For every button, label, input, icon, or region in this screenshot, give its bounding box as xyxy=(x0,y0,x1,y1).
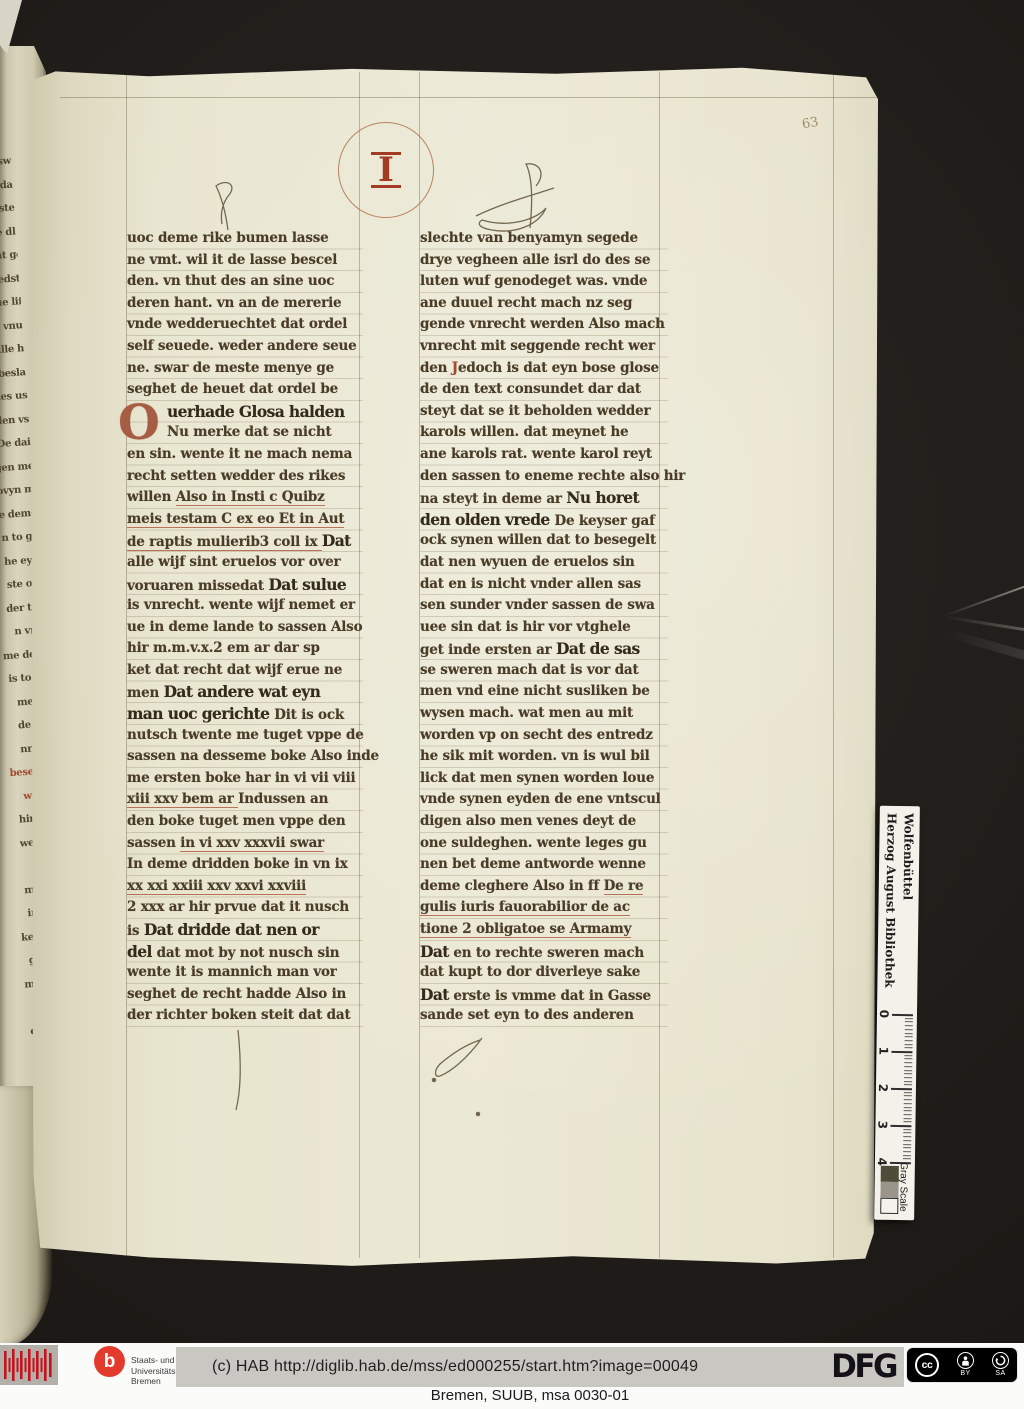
manuscript-line: seghet de recht hadde Also in xyxy=(127,984,363,1006)
manuscript-line: ne. swar de meste menye ge xyxy=(127,358,363,380)
folio-number: 63 xyxy=(801,115,820,133)
ruler-minor-tick xyxy=(905,1025,913,1026)
margin-fragment: er Dedst xyxy=(0,267,20,294)
ruler-minor-tick xyxy=(904,1062,912,1063)
margin-fragment: den vs xyxy=(0,407,30,434)
manuscript-line: gulis iuris fauorabilior de ac xyxy=(420,897,668,919)
ruler-minor-tick xyxy=(904,1118,912,1119)
manuscript-line: uerhade Glosa halden xyxy=(127,401,363,423)
manuscript-line: man uoc gerichte Dit is ock xyxy=(127,703,363,725)
plexiglass-edge-highlight xyxy=(946,629,1024,660)
ruler-major-tick xyxy=(890,1125,911,1127)
ruler-minor-tick xyxy=(904,1058,912,1059)
ruler-number: 2 xyxy=(876,1082,890,1094)
gray-scale-label: Gray Scale xyxy=(897,1162,909,1222)
library-name-line1: Herzog August Bibliothek xyxy=(880,813,900,1018)
manuscript-line: seghet de heuet dat ordel be xyxy=(127,379,363,401)
manuscript-line: worden vp on secht des entredz xyxy=(420,725,668,747)
reference-scale-strip: Herzog August Bibliothek Wolfenbüttel 01… xyxy=(874,806,920,1221)
manuscript-line: he sik mit worden. vn is wul bil xyxy=(420,746,668,768)
ruler-minor-tick xyxy=(903,1147,911,1148)
ruler-minor-tick xyxy=(903,1144,911,1145)
ruler-minor-tick xyxy=(903,1158,911,1159)
ruler-ticks: 01234 xyxy=(880,806,920,807)
manuscript-line: is Dat dridde dat nen or xyxy=(127,919,363,941)
roman-numeral-mark: I xyxy=(371,152,401,188)
ruler-minor-tick xyxy=(903,1136,911,1137)
ruler-minor-tick xyxy=(904,1095,912,1096)
manuscript-line: uoc deme rike bumen lasse xyxy=(127,228,363,250)
footer-bar: b Staats- und Universitätsbibliothek Bre… xyxy=(0,1343,1024,1409)
copyright-url: (c) HAB http://diglib.hab.de/mss/ed00025… xyxy=(212,1347,698,1387)
ruler-minor-tick xyxy=(905,1033,913,1034)
manuscript-line: nutsch twente me tuget vppe de xyxy=(127,725,363,747)
manuscript-line: den Jedoch is dat eyn bose glose xyxy=(420,358,668,380)
right-column: slechte van benyamyn segededrye vegheen … xyxy=(420,228,668,1028)
manuscript-line: karols willen. dat meynet he xyxy=(420,422,668,444)
manuscript-line: de den text consundet dar dat xyxy=(420,379,668,401)
ruler-minor-tick xyxy=(904,1099,912,1100)
manuscript-line: get inde ersten ar Dat de sas xyxy=(420,638,668,660)
margin-fragment: nalle h xyxy=(0,337,25,364)
ruler-number: 3 xyxy=(875,1119,889,1131)
manuscript-line: luten wuf genodeget was. vnde xyxy=(420,271,668,293)
manuscript-line: ock synen willen dat to besegelt xyxy=(420,530,668,552)
manuscript-line: me ersten boke har in vi vii viii xyxy=(127,768,363,790)
manuscript-line: sassen in vi xxv xxxvii swar xyxy=(127,833,363,855)
manuscript-line: steyt dat se it beholden wedder xyxy=(420,401,668,423)
ruler-minor-tick xyxy=(904,1103,912,1104)
manuscript-line: recht setten wedder des rikes xyxy=(127,466,363,488)
page-corner-sliver xyxy=(0,0,22,54)
left-column: uoc deme rike bumen lassene vmt. wil it … xyxy=(127,228,363,1028)
manuscript-line: men vnd eine nicht susliken be xyxy=(420,681,668,703)
manuscript-line: ane duuel recht mach nz seg xyxy=(420,293,668,315)
margin-fragment: ue beslag xyxy=(0,361,27,388)
library-name-line2: Wolfenbüttel xyxy=(897,813,917,1018)
manuscript-line: 2 xxx ar hir prvue dat it nusch xyxy=(127,897,363,919)
ruler-minor-tick xyxy=(904,1092,912,1093)
manuscript-line: willen Also in Insti c Quibz xyxy=(127,487,363,509)
frame-line-horizontal xyxy=(60,97,876,98)
ruler-minor-tick xyxy=(904,1055,912,1056)
margin-fragment: dovyn me xyxy=(0,478,35,505)
margin-fragment: der sw xyxy=(0,150,12,177)
ruler-minor-tick xyxy=(904,1077,912,1078)
cc-by-person-icon xyxy=(957,1352,974,1369)
ruler-minor-tick xyxy=(903,1121,911,1122)
ruler-minor-tick xyxy=(904,1066,912,1067)
ruler-minor-tick xyxy=(905,1044,913,1045)
manuscript-line: den sassen to eneme rechte also hir xyxy=(420,466,668,488)
margin-fragment: grdue lif xyxy=(0,290,22,317)
ruler-minor-tick xyxy=(904,1107,912,1108)
ruler-minor-tick xyxy=(904,1073,912,1074)
manuscript-line: Dat en to rechte sweren mach xyxy=(420,941,668,963)
plexiglass-edge-highlight xyxy=(944,615,1024,631)
ruler-major-tick xyxy=(891,1051,912,1053)
ruler-minor-tick xyxy=(905,1040,913,1041)
ruler-minor-tick xyxy=(905,1047,913,1048)
cc-by-label: BY xyxy=(960,1370,970,1378)
manuscript-line: voruaren missedat Dat sulue xyxy=(127,574,363,596)
margin-fragment: de vnt go xyxy=(0,243,18,270)
ruler-minor-tick xyxy=(905,1029,913,1030)
manuscript-line: sassen na desseme boke Also inde xyxy=(127,746,363,768)
cc-sa-label: SA xyxy=(995,1370,1005,1378)
manuscript-line: dat en is nicht vnder allen sas xyxy=(420,574,668,596)
manuscript-line: ane karols rat. wente karol reyt xyxy=(420,444,668,466)
manuscript-line: meis testam C ex eo Et in Aut xyxy=(127,509,363,531)
margin-fragment: De erste xyxy=(0,196,15,223)
quire-circle-mark: I xyxy=(338,122,434,218)
manuscript-line: den. vn thut des an sine uoc xyxy=(127,271,363,293)
manuscript-line: is vnrecht. wente wijf nemet er xyxy=(127,595,363,617)
manuscript-line: gende vnrecht werden Also mach xyxy=(420,314,668,336)
margin-fragment: De dai xyxy=(0,431,31,458)
shelfmark-caption: Bremen, SUUB, msa 0030-01 xyxy=(18,1387,1024,1404)
manuscript-line: ue in deme lande to sassen Also xyxy=(127,617,363,639)
manuscript-line: na steyt in deme ar Nu horet xyxy=(420,487,668,509)
manuscript-line: se sweren mach dat is vor dat xyxy=(420,660,668,682)
plexiglass-edge-highlight xyxy=(944,585,1024,616)
manuscript-line: men Dat andere wat eyn xyxy=(127,681,363,703)
barcode-icon xyxy=(4,1349,54,1381)
gray-scale-patch-dark xyxy=(881,1166,899,1182)
manuscript-line: In deme dridden boke in vn ix xyxy=(127,854,363,876)
manuscript-line: uee sin dat is hir vor vtghele xyxy=(420,617,668,639)
cc-sa-group: SA xyxy=(992,1352,1009,1378)
margin-fragment: ogen me xyxy=(0,454,33,481)
manuscript-line: Dat erste is vmme dat in Gasse xyxy=(420,984,668,1006)
ruler-minor-tick xyxy=(905,1022,913,1023)
cc-by-group: BY xyxy=(957,1352,974,1378)
ruler-minor-tick xyxy=(903,1155,911,1156)
manuscript-line: nen bet deme antworde wenne xyxy=(420,854,668,876)
digitized-manuscript-scan: { "colors":{ "background":"#221e1b","pag… xyxy=(0,0,1024,1409)
dfg-logo: DFG xyxy=(831,1347,896,1388)
manuscript-line: alle wijf sint eruelos vor over xyxy=(127,552,363,574)
manuscript-line: digen also men venes deyt de xyxy=(420,811,668,833)
margin-fragment: r stoe dll xyxy=(0,220,17,247)
ruler-minor-tick xyxy=(903,1140,911,1141)
margin-fragment: ne deme xyxy=(0,501,36,528)
gray-scale-patch-mid xyxy=(880,1182,898,1198)
margin-fragment: ue vnu xyxy=(0,314,23,341)
manuscript-line: wente it is mannich man vor xyxy=(127,962,363,984)
manuscript-line: wysen mach. wat men au mit xyxy=(420,703,668,725)
ruler-major-tick xyxy=(892,1014,913,1016)
ruler-number: 0 xyxy=(877,1008,891,1020)
manuscript-line: one suldeghen. wente leges gu xyxy=(420,833,668,855)
library-name-vertical: Herzog August Bibliothek Wolfenbüttel xyxy=(880,813,917,1018)
ruler-minor-tick xyxy=(904,1110,912,1111)
manuscript-line: ne vmt. wil it de lasse bescel xyxy=(127,250,363,272)
ruler-minor-tick xyxy=(904,1070,912,1071)
manuscript-line: hir m.m.v.x.2 em ar dar sp xyxy=(127,638,363,660)
ruler-minor-tick xyxy=(905,1036,913,1037)
manuscript-line: tione 2 obligatoe se Armamy xyxy=(420,919,668,941)
ruler-minor-tick xyxy=(903,1132,911,1133)
manuscript-line: vnde wedderuechtet dat ordel xyxy=(127,314,363,336)
manuscript-line: der richter boken steit dat dat xyxy=(127,1005,363,1027)
manuscript-line: vnde synen eyden de ene vntscul xyxy=(420,789,668,811)
manuscript-line: slechte van benyamyn segede xyxy=(420,228,668,250)
cc-license-badge: cc BY SA xyxy=(906,1347,1018,1383)
manuscript-line: del dat mot by not nusch sin xyxy=(127,941,363,963)
ruler-minor-tick xyxy=(904,1084,912,1085)
copyright-strip: (c) HAB http://diglib.hab.de/mss/ed00025… xyxy=(176,1347,904,1387)
manuscript-line: dat kupt to dor diverleye sake xyxy=(420,962,668,984)
manuscript-line: xx xxi xxiii xxv xxvi xxviii xyxy=(127,876,363,898)
cc-icon: cc xyxy=(915,1353,939,1377)
manuscript-line: drye vegheen alle isrl do des se xyxy=(420,250,668,272)
manuscript-line: de raptis mulierib3 coll ix Dat xyxy=(127,530,363,552)
gray-scale-patch-white xyxy=(880,1198,898,1214)
manuscript-line: lick dat men synen worden loue xyxy=(420,768,668,790)
ruler-minor-tick xyxy=(905,1018,913,1019)
suub-barcode-logo xyxy=(0,1345,58,1385)
manuscript-line: vnrecht mit seggende recht wer xyxy=(420,336,668,358)
ruler-minor-tick xyxy=(903,1129,911,1130)
manuscript-line: den boke tuget men vppe den xyxy=(127,811,363,833)
bremen-b-logo: b xyxy=(94,1346,125,1377)
ruler-minor-tick xyxy=(904,1081,912,1082)
manuscript-line: deme cleghere Also in ff De re xyxy=(420,876,668,898)
margin-fragment: imes us xyxy=(0,384,28,411)
manuscript-line: dat nen wyuen de eruelos sin xyxy=(420,552,668,574)
cc-sa-arrow-icon xyxy=(992,1352,1009,1369)
manuscript-line: self seuede. weder andere seue xyxy=(127,336,363,358)
manuscript-line: deren hant. vn an de mererie xyxy=(127,293,363,315)
manuscript-line: sande set eyn to des anderen xyxy=(420,1005,668,1027)
manuscript-line: den olden vrede De keyser gaf xyxy=(420,509,668,531)
manuscript-line: sen sunder vnder sassen de swa xyxy=(420,595,668,617)
ruler-number: 1 xyxy=(876,1045,890,1057)
manuscript-line: xiii xxv bem ar Indussen an xyxy=(127,789,363,811)
ruler-minor-tick xyxy=(904,1114,912,1115)
ruler-major-tick xyxy=(891,1088,912,1090)
manuscript-line: Nu merke dat se nicht xyxy=(127,422,363,444)
manuscript-page: 63 I O uoc deme rike bumen lassene vmt. … xyxy=(30,58,878,1272)
manuscript-line: ket dat recht dat wijf erue ne xyxy=(127,660,363,682)
manuscript-line: en sin. wente it ne mach nema xyxy=(127,444,363,466)
frame-line-vertical xyxy=(833,72,834,1258)
ruler-minor-tick xyxy=(903,1151,911,1152)
